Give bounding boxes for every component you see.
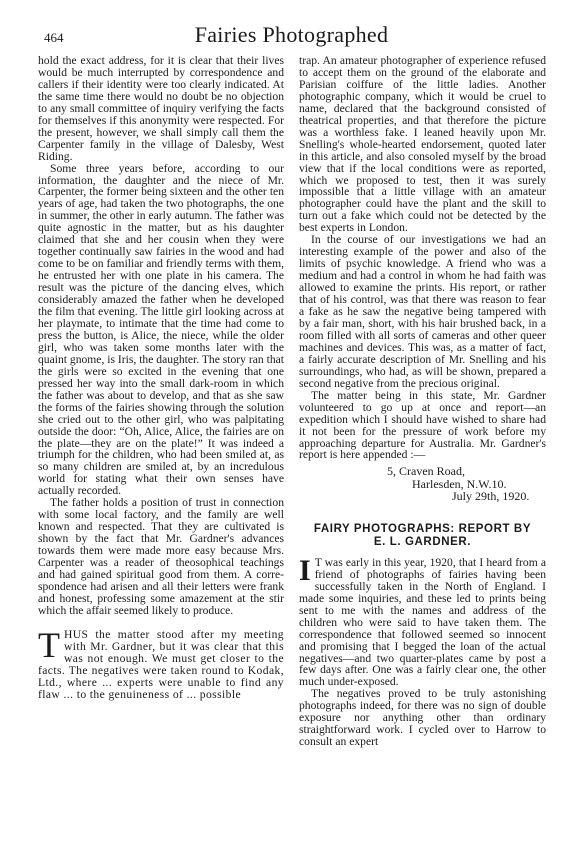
report-heading-line: E. L. GARDNER. xyxy=(299,536,546,549)
paragraph-text: HUS the matter stood after my meeting wi… xyxy=(38,628,284,701)
paragraph: hold the exact address, for it is clear … xyxy=(38,55,284,163)
running-title: Fairies Photographed xyxy=(0,22,583,48)
dropcap-paragraph: T HUS the matter stood after my meeting … xyxy=(38,629,284,701)
drop-cap: I xyxy=(299,559,311,583)
report-heading-line: FAIRY PHOTOGRAPHS: REPORT BY xyxy=(299,523,546,536)
paragraph-text: T was early in this year, 1920, that I h… xyxy=(299,556,546,689)
paragraph: The matter being in this state, Mr. Gard… xyxy=(299,390,546,462)
report-heading: FAIRY PHOTOGRAPHS: REPORT BY E. L. GARDN… xyxy=(299,523,546,549)
drop-cap: T xyxy=(38,631,60,659)
dropcap-paragraph: I T was early in this year, 1920, that I… xyxy=(299,557,546,688)
paragraph: The negatives proved to be truly astonis… xyxy=(299,688,546,748)
paragraph: trap. An amateur photographer of ex­peri… xyxy=(299,55,546,234)
page-damage xyxy=(120,810,220,845)
address-block: 5, Craven Road, Harlesden, N.W.10. July … xyxy=(299,465,546,503)
paragraph: Some three years before, according to ou… xyxy=(38,163,284,498)
right-column: trap. An amateur photographer of ex­peri… xyxy=(299,55,546,748)
paragraph: In the course of our investigations we h… xyxy=(299,234,546,389)
left-column: hold the exact address, for it is clear … xyxy=(38,55,284,701)
address-date: July 29th, 1920. xyxy=(299,490,546,503)
paragraph: The father holds a position of trust in … xyxy=(38,497,284,617)
